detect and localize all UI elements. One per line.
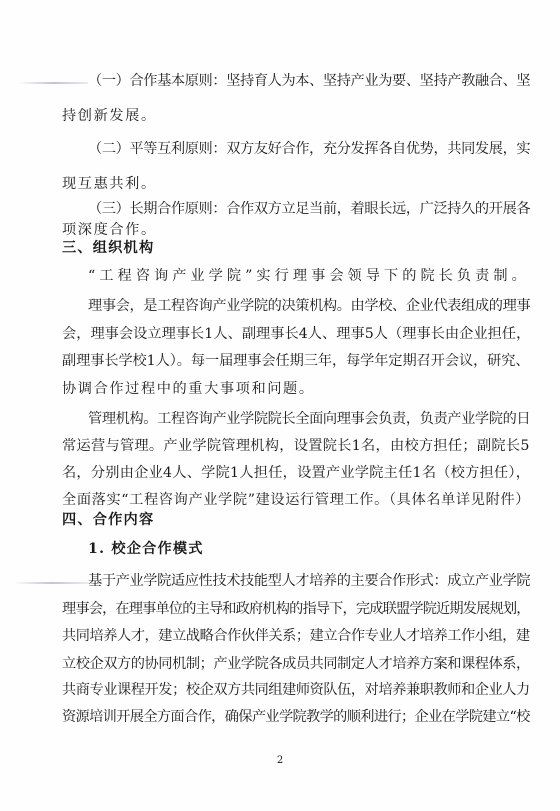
text-line: 理事会，是工程咨询产业学院的决策机构。由学校、企业代表组成的理事 (88, 297, 530, 315)
text-line: 会，理事会设立理事长1人、副理事长4人、理事5人（理事长由企业担任， (62, 325, 530, 343)
text-line: 常运营与管理。产业学院管理机构，设置院长1名，由校方担任；副院长5 (62, 437, 530, 455)
page-number: 2 (0, 755, 560, 766)
text-line: 共同培养人才，建立战略合作伙伴关系；建立合作专业人才培养工作小组，建 (62, 627, 530, 645)
text-line: （一）合作基本原则：坚持育人为本、坚持产业为要、坚持产教融合、坚 (88, 72, 530, 90)
text-line: 共商专业课程开发；校企双方共同组建师资队伍，对培养兼职教师和企业人力 (62, 681, 530, 699)
text-line: 资源培训开展全方面合作，确保产业学院教学的顺利进行；企业在学院建立“校 (62, 708, 530, 726)
text-line: 持创新发展。 (62, 107, 157, 125)
text-line: （二）平等互利原则：双方友好合作，充分发挥各自优势，共同发展，实 (88, 140, 530, 158)
text-line: 现互惠共利。 (62, 175, 157, 193)
scan-artifact (18, 82, 88, 84)
scan-artifact (14, 582, 88, 584)
section-heading: 四、合作内容 (62, 511, 154, 529)
section-heading: 三、组织机构 (62, 239, 154, 257)
text-line: “工程咨询产业学院”实行理事会领导下的院长负责制。 (88, 267, 530, 285)
text-line: 基于产业学院适应性技术技能型人才培养的主要合作形式：成立产业学院 (88, 572, 530, 590)
text-line: （三）长期合作原则：合作双方立足当前，着眼长远，广泛持久的开展各 (88, 200, 530, 218)
text-line: 立校企双方的协同机制；产业学院各成员共同制定人才培养方案和课程体系， (62, 655, 530, 673)
text-line: 副理事长学校1人）。每一届理事会任期三年，每学年定期召开会议，研究、 (62, 352, 530, 370)
text-line: 理事会，在理事单位的主导和政府机构的指导下，完成联盟学院近期发展规划， (62, 600, 530, 618)
document-page: （一）合作基本原则：坚持育人为本、坚持产业为要、坚持产教融合、坚持创新发展。（二… (0, 0, 560, 811)
text-line: 全面落实“工程咨询产业学院”建设运行管理工作。（具体名单详见附件） (62, 491, 530, 509)
text-line: 协调合作过程中的重大事项和问题。 (62, 380, 315, 398)
section-heading: 1. 校企合作模式 (88, 540, 204, 558)
text-line: 项深度合作。 (62, 221, 157, 239)
text-line: 管理机构。工程咨询产业学院院长全面向理事会负责，负责产业学院的日 (88, 410, 530, 428)
text-line: 名，分别由企业4人、学院1人担任，设置产业学院主任1名（校方担任）， (62, 464, 530, 482)
